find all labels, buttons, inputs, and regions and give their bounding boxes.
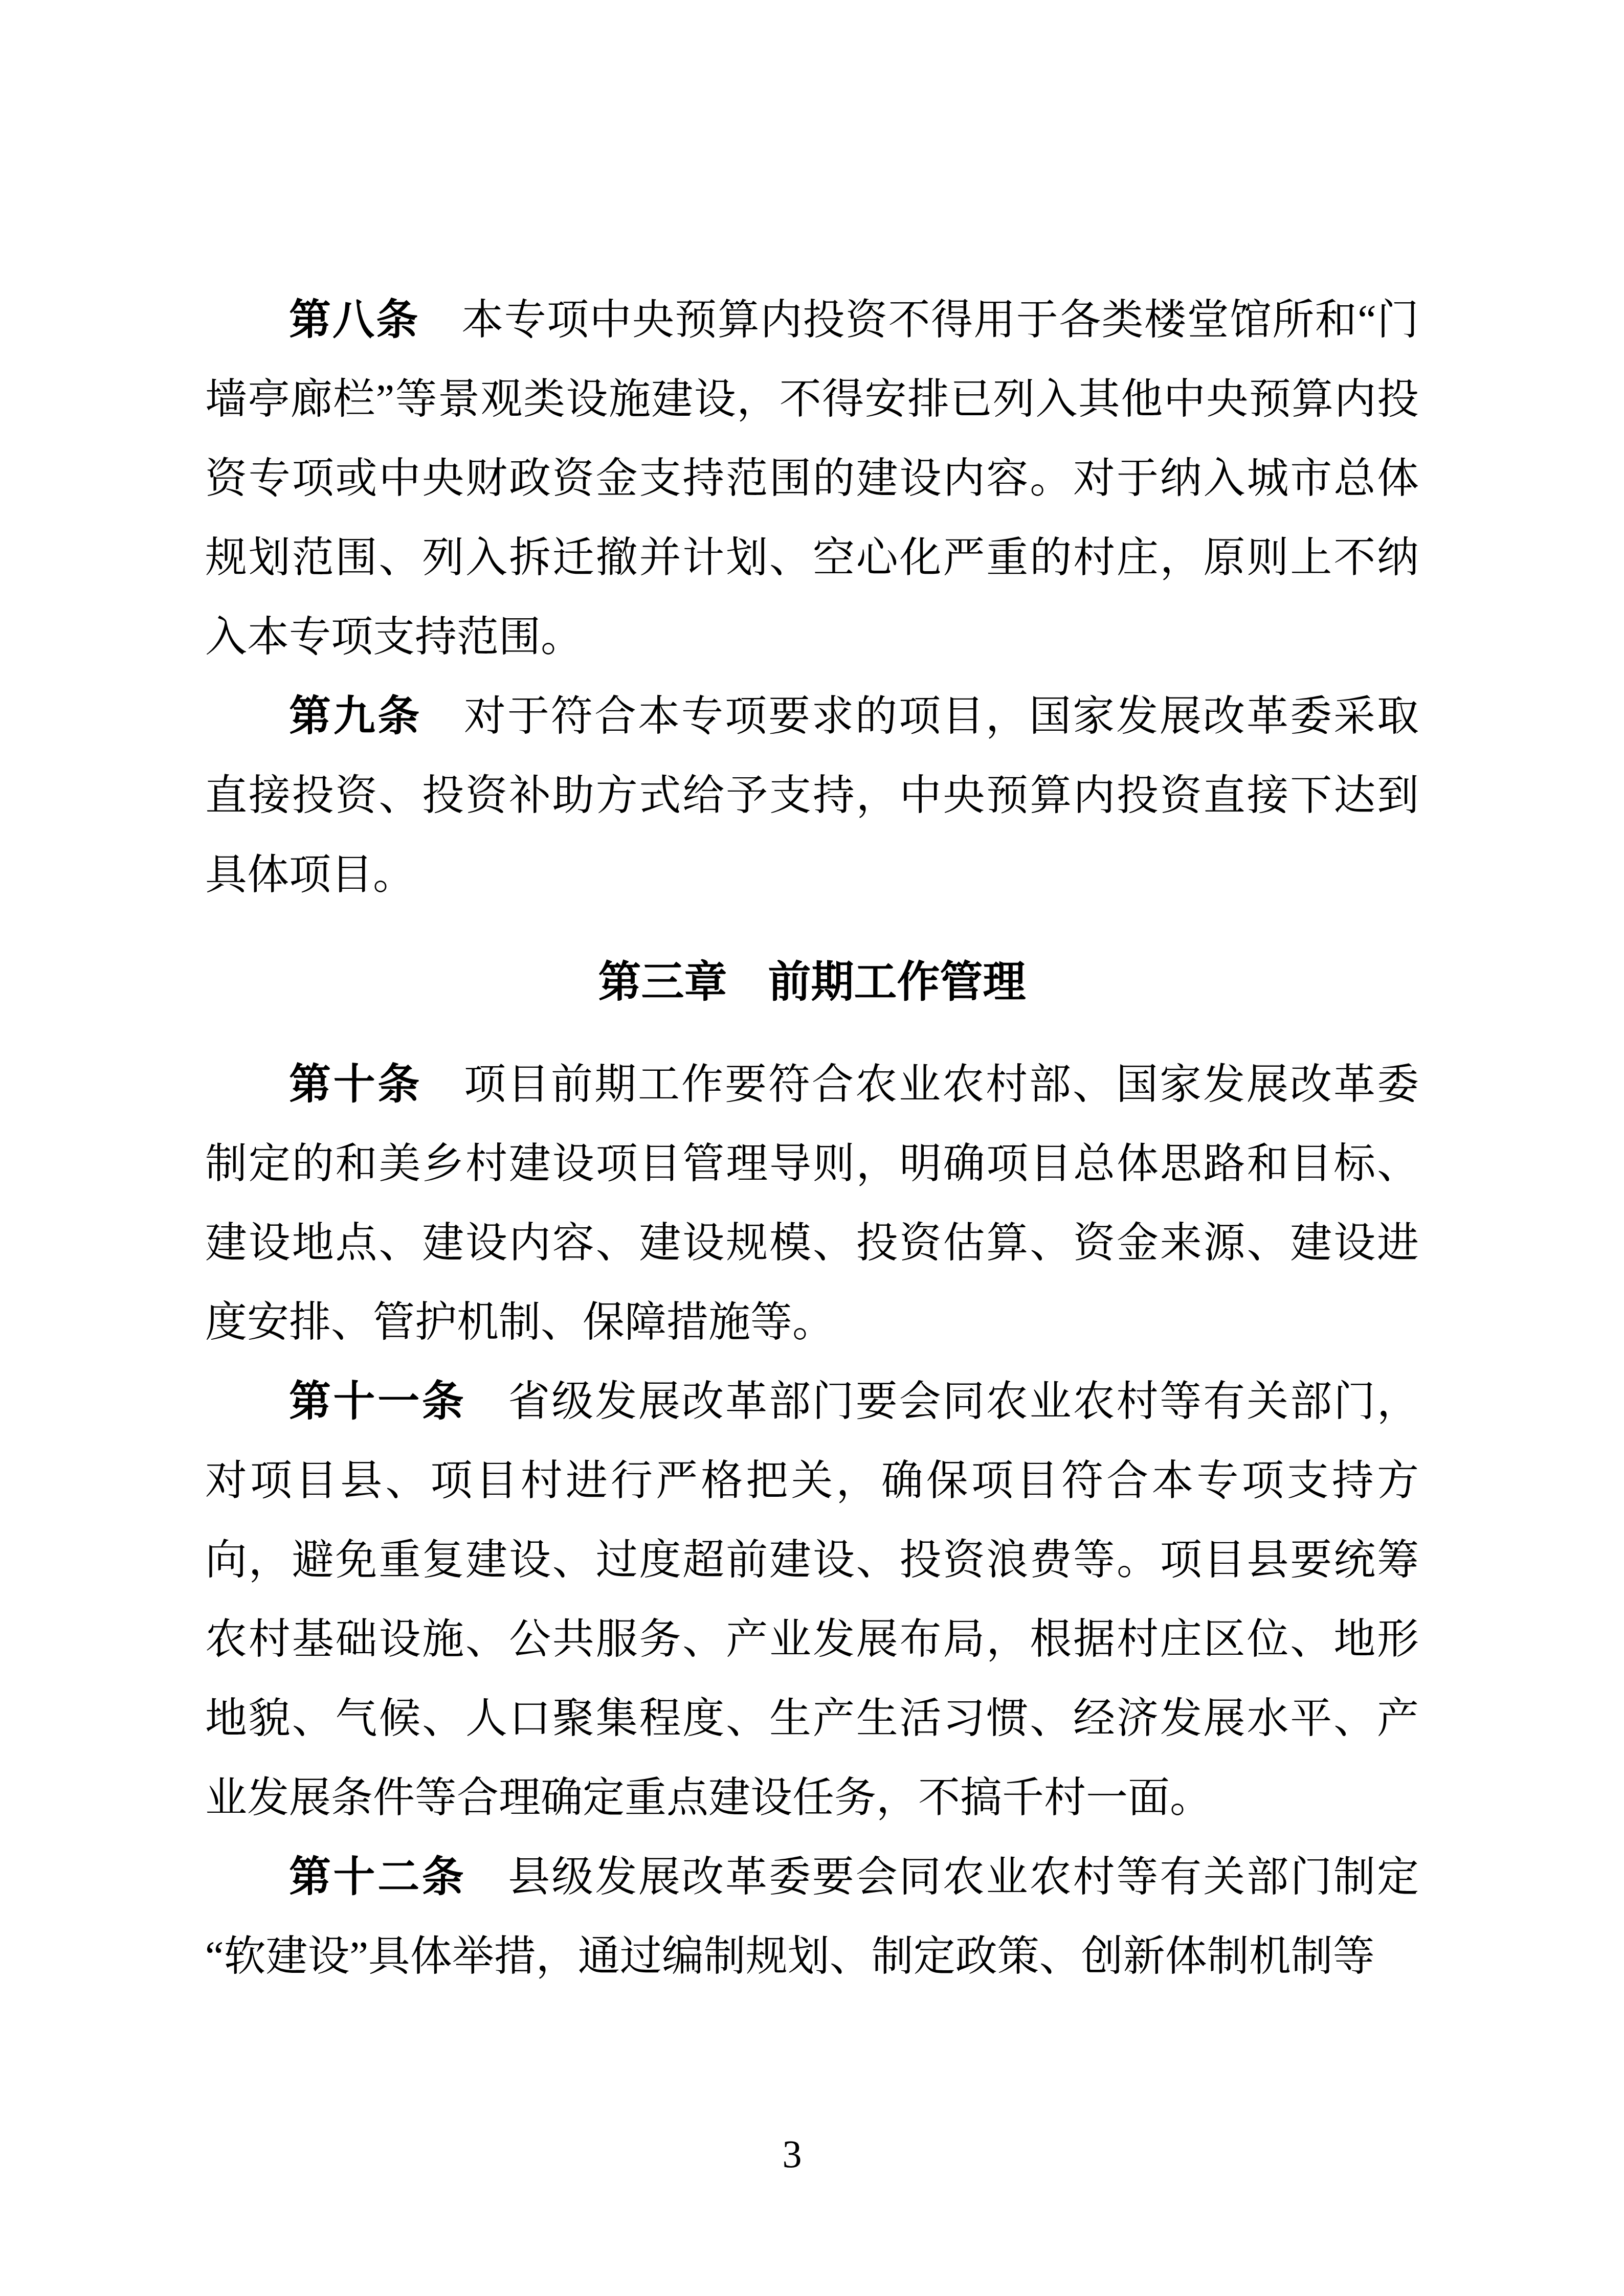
article-11-label: 第十一条	[289, 1378, 466, 1425]
paragraph-article-10: 第十条项目前期工作要符合农业农村部、国家发展改革委制定的和美乡村建设项目管理导则…	[205, 1045, 1419, 1362]
article-12-label: 第十二条	[289, 1854, 466, 1900]
article-8-text: 本专项中央预算内投资不得用于各类楼堂馆所和“门墙亭廊栏”等景观类设施建设，不得安…	[205, 297, 1419, 660]
page-footer: 3	[0, 2131, 1584, 2177]
paragraph-article-9: 第九条对于符合本专项要求的项目，国家发展改革委采取直接投资、投资补助方式给予支持…	[205, 677, 1419, 914]
document-body: 第八条本专项中央预算内投资不得用于各类楼堂馆所和“门墙亭廊栏”等景观类设施建设，…	[205, 280, 1419, 1996]
chapter-title: 前期工作管理	[768, 958, 1026, 1006]
article-8-label: 第八条	[289, 297, 419, 343]
chapter-3-heading: 第三章前期工作管理	[205, 942, 1419, 1022]
chapter-number: 第三章	[598, 958, 727, 1006]
document-page: 第八条本专项中央预算内投资不得用于各类楼堂馆所和“门墙亭廊栏”等景观类设施建设，…	[0, 0, 1624, 2296]
paragraph-article-12: 第十二条县级发展改革委要会同农业农村等有关部门制定“软建设”具体举措，通过编制规…	[205, 1837, 1419, 1996]
page-number: 3	[783, 2133, 802, 2176]
article-10-label: 第十条	[289, 1061, 422, 1108]
paragraph-article-11: 第十一条省级发展改革部门要会同农业农村等有关部门，对项目县、项目村进行严格把关，…	[205, 1362, 1419, 1837]
paragraph-article-8: 第八条本专项中央预算内投资不得用于各类楼堂馆所和“门墙亭廊栏”等景观类设施建设，…	[205, 280, 1419, 677]
article-11-text: 省级发展改革部门要会同农业农村等有关部门，对项目县、项目村进行严格把关，确保项目…	[205, 1378, 1419, 1821]
article-9-label: 第九条	[289, 693, 422, 739]
